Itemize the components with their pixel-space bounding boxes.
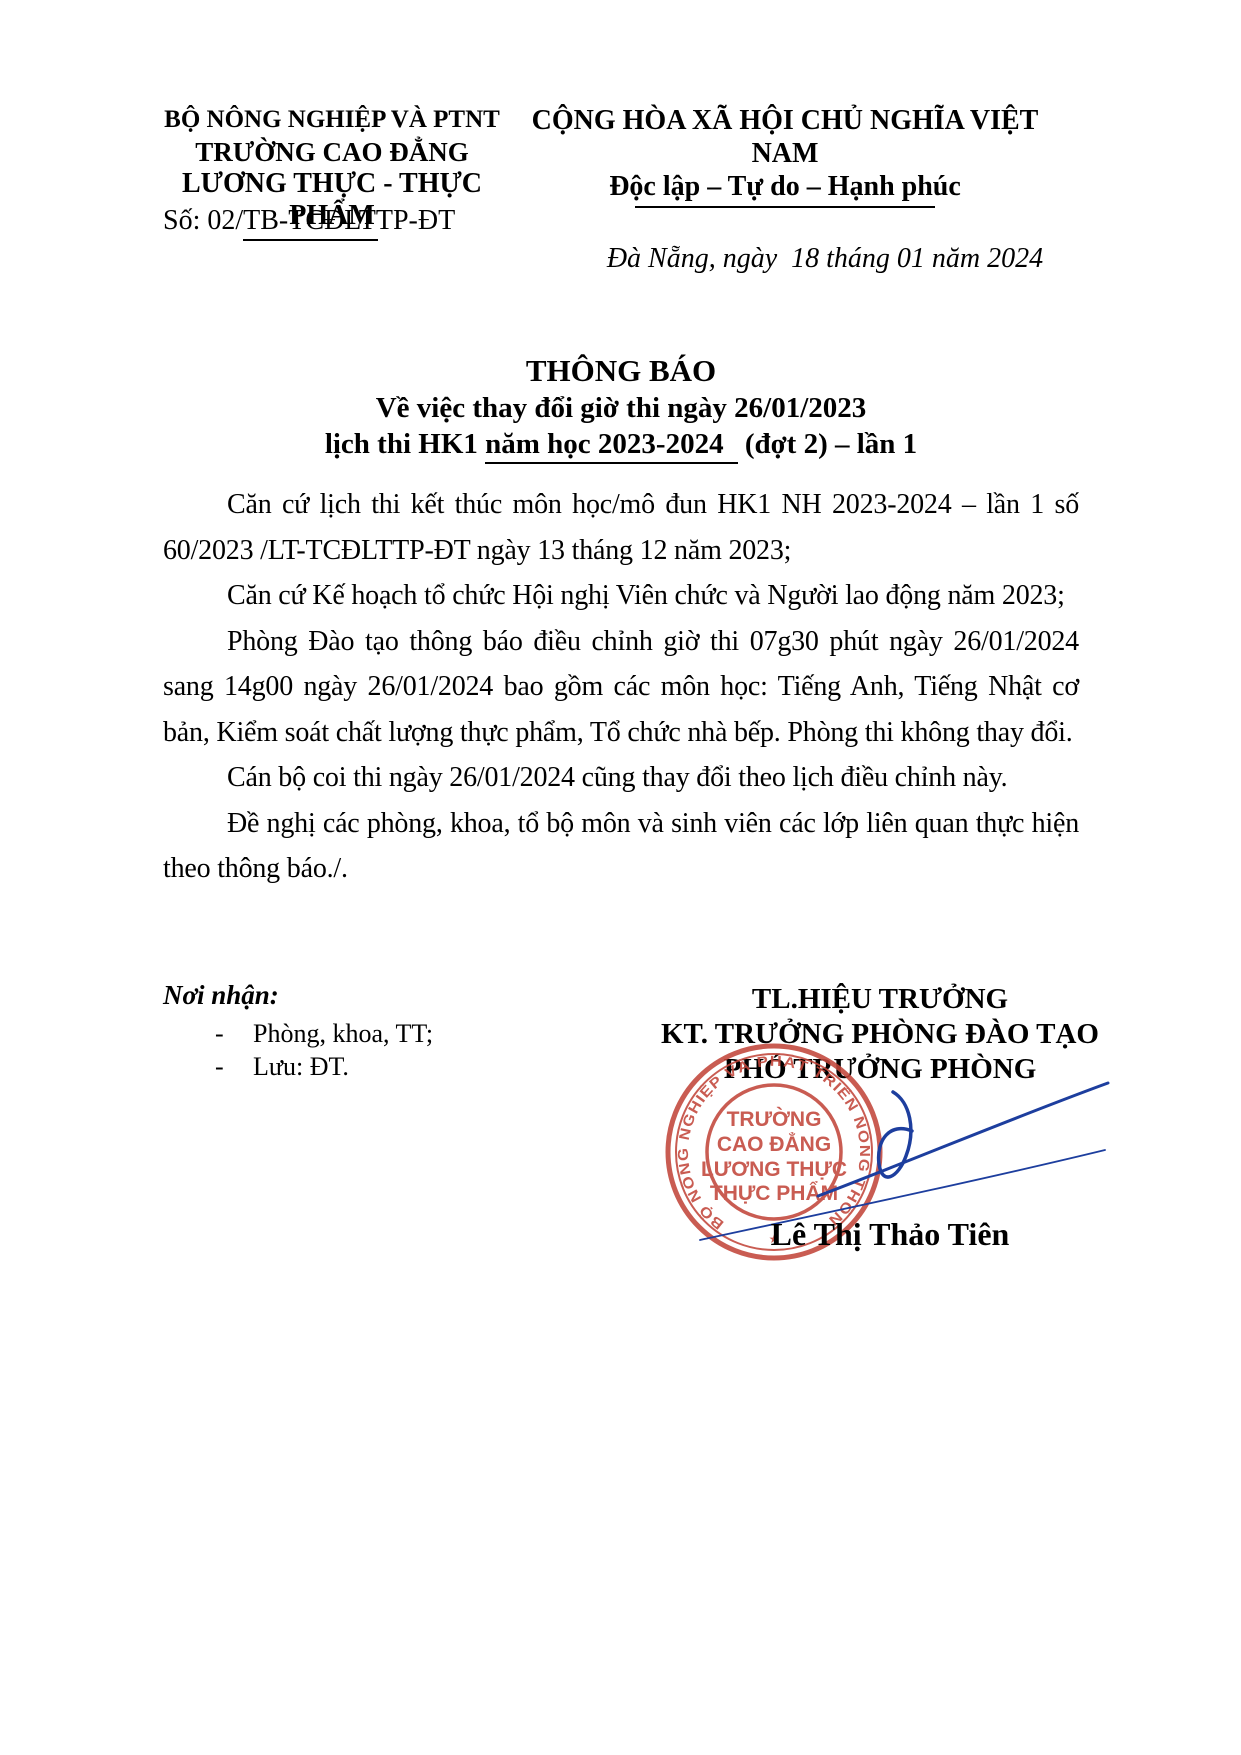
national-title: CỘNG HÒA XÃ HỘI CHỦ NGHĨA VIỆT NAM <box>520 104 1050 170</box>
list-dash: - <box>215 1050 253 1083</box>
signer-name: Lê Thị Thảo Tiên <box>690 1216 1090 1253</box>
place-date-line: Đà Nẵng, ngày 18 tháng 01 năm 2024 <box>560 243 1090 275</box>
recipient-text: Phòng, khoa, TT; <box>253 1017 433 1050</box>
national-motto: Độc lập – Tự do – Hạnh phúc <box>520 170 1050 203</box>
document-page: BỘ NÔNG NGHIỆP VÀ PTNT TRƯỜNG CAO ĐẲNG L… <box>0 0 1241 1755</box>
paragraph-basis-2: Căn cứ Kế hoạch tổ chức Hội nghị Viên ch… <box>163 573 1079 619</box>
national-header-block: CỘNG HÒA XÃ HỘI CHỦ NGHĨA VIỆT NAM Độc l… <box>520 104 1050 208</box>
recipient-item: -Lưu: ĐT. <box>163 1050 563 1083</box>
paragraph-proctors: Cán bộ coi thi ngày 26/01/2024 cũng thay… <box>163 755 1079 801</box>
org-underline <box>243 239 378 241</box>
document-number: Số: 02/TB-TCĐLTTP-ĐT <box>163 205 455 237</box>
stamp-center-line3: LƯƠNG THỰC <box>701 1158 847 1181</box>
title-main: THÔNG BÁO <box>163 352 1079 390</box>
motto-underline <box>635 206 935 208</box>
recipient-item: -Phòng, khoa, TT; <box>163 1017 563 1050</box>
document-title-block: THÔNG BÁO Về việc thay đổi giờ thi ngày … <box>163 352 1079 462</box>
paragraph-basis-1: Căn cứ lịch thi kết thúc môn học/mô đun … <box>163 482 1079 573</box>
school-name-line1: TRƯỜNG CAO ĐẲNG <box>152 136 512 168</box>
title-subject-line2: lịch thi HK1 năm học 2023-2024 (đợt 2) –… <box>163 426 1079 462</box>
ministry-name: BỘ NÔNG NGHIỆP VÀ PTNT <box>152 104 512 136</box>
paragraph-announcement: Phòng Đào tạo thông báo điều chỉnh giờ t… <box>163 619 1079 756</box>
document-body: Căn cứ lịch thi kết thúc môn học/mô đun … <box>163 482 1079 892</box>
title-line3-underlined: năm học 2023-2024 <box>485 428 737 464</box>
recipient-text: Lưu: ĐT. <box>253 1050 349 1083</box>
stamp-center-line2: CAO ĐẲNG <box>717 1133 831 1156</box>
title-line3-prefix: lịch thi HK1 <box>325 428 485 460</box>
list-dash: - <box>215 1017 253 1050</box>
signer-authority-line1: TL.HIỆU TRƯỞNG <box>600 982 1160 1017</box>
paragraph-request: Đề nghị các phòng, khoa, tổ bộ môn và si… <box>163 801 1079 892</box>
recipients-block: Nơi nhận: -Phòng, khoa, TT; -Lưu: ĐT. <box>163 980 563 1083</box>
title-line3-suffix: (đợt 2) – lần 1 <box>738 428 918 460</box>
stamp-center-line4: THỰC PHẨM <box>710 1182 838 1205</box>
recipients-label: Nơi nhận: <box>163 980 563 1011</box>
title-subject-line1: Về việc thay đổi giờ thi ngày 26/01/2023 <box>163 390 1079 426</box>
stamp-center-line1: TRƯỜNG <box>727 1107 822 1131</box>
